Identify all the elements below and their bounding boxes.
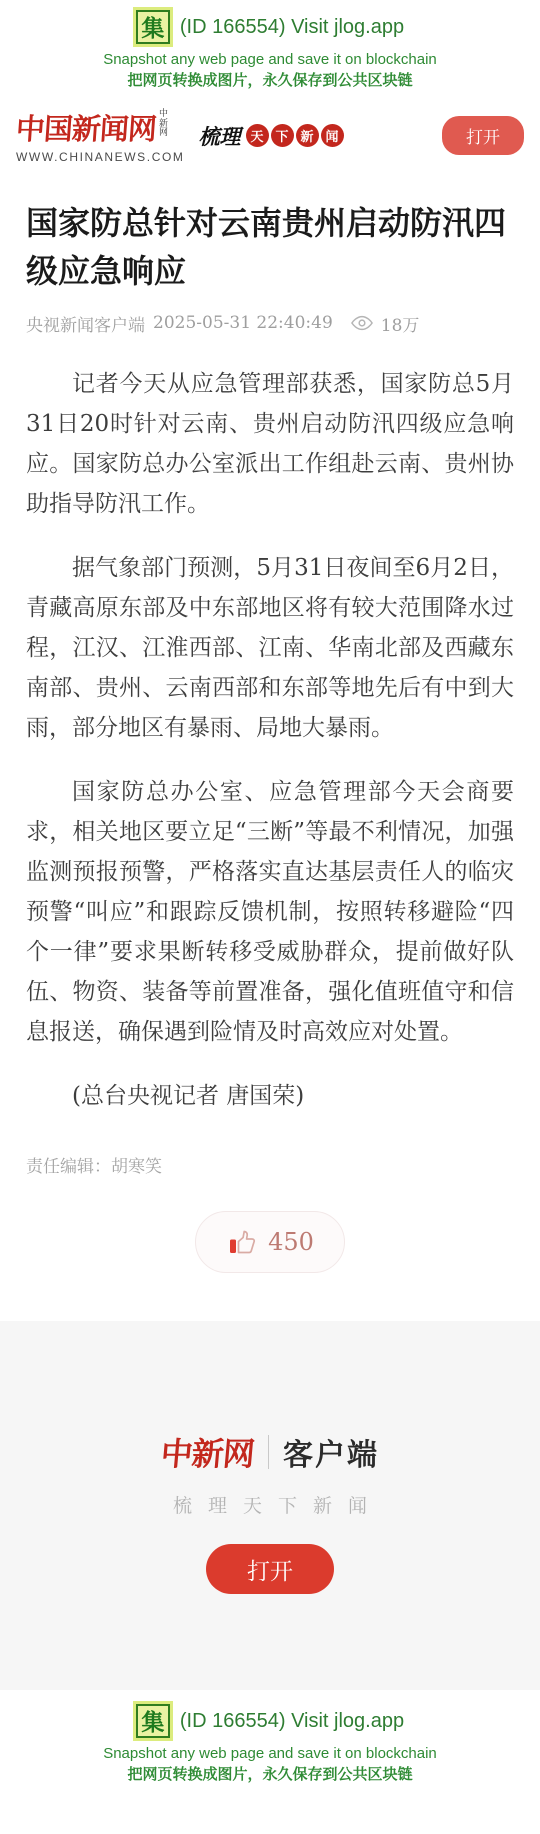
article-meta: 央视新闻客户端 2025-05-31 22:40:49 18万	[26, 311, 514, 336]
jlog-logo-icon: 集	[136, 1704, 170, 1738]
article-source: 央视新闻客户端	[26, 311, 145, 336]
jlog-logo-icon: 集	[136, 10, 170, 44]
jlog-tagline-en: Snapshot any web page and save it on blo…	[0, 50, 540, 70]
article-title: 国家防总针对云南贵州启动防汛四级应急响应	[26, 200, 514, 295]
slogan-seal: 闻	[321, 124, 344, 147]
app-promo-logo: 中新网 客户端	[0, 1429, 540, 1475]
article-paragraph: 记者今天从应急管理部获悉，国家防总5月31日20时针对云南、贵州启动防汛四级应急…	[26, 364, 514, 524]
chinanews-logo[interactable]: 中国新闻网 中 新 网 WWW.CHINANEWS.COM	[16, 107, 185, 164]
like-button[interactable]: 450	[195, 1211, 345, 1273]
views-eye-icon	[351, 315, 373, 331]
jlog-banner-top: 集 (ID 166554) Visit jlog.app Snapshot an…	[0, 0, 540, 99]
open-app-button-footer[interactable]: 打开	[206, 1544, 334, 1594]
jlog-tagline-en: Snapshot any web page and save it on blo…	[0, 1744, 540, 1764]
article-timestamp: 2025-05-31 22:40:49	[153, 313, 333, 333]
promo-logo-brand: 中新网	[159, 1429, 256, 1475]
article-byline: (总台央视记者 唐国荣)	[26, 1076, 514, 1116]
jlog-tagline-zh: 把网页转换成图片，永久保存到公共区块链	[0, 70, 540, 91]
chinanews-slogan-graphic: 梳理 天 下 新 闻	[199, 121, 344, 151]
chinanews-url: WWW.CHINANEWS.COM	[16, 150, 185, 164]
app-promo-section: 中新网 客户端 梳理天下新闻 打开	[0, 1321, 540, 1690]
chinanews-logo-side: 中 新 网	[159, 109, 168, 137]
jlog-banner-bottom: 集 (ID 166554) Visit jlog.app Snapshot an…	[0, 1690, 540, 1795]
like-count: 450	[268, 1228, 314, 1256]
promo-logo-divider	[268, 1435, 269, 1469]
editor-credit: 责任编辑：胡寒笑	[26, 1152, 514, 1177]
jlog-id-link[interactable]: (ID 166554) Visit jlog.app	[180, 16, 404, 39]
site-header: 中国新闻网 中 新 网 WWW.CHINANEWS.COM 梳理 天 下 新 闻…	[0, 99, 540, 174]
promo-slogan: 梳理天下新闻	[0, 1491, 540, 1518]
views-count: 18万	[381, 311, 420, 336]
article-paragraph: 国家防总办公室、应急管理部今天会商要求，相关地区要立足“三断”等最不利情况，加强…	[26, 772, 514, 1052]
article-paragraph: 据气象部门预测，5月31日夜间至6月2日，青藏高原东部及中东部地区将有较大范围降…	[26, 548, 514, 748]
open-app-button-header[interactable]: 打开	[442, 116, 524, 155]
jlog-id-link[interactable]: (ID 166554) Visit jlog.app	[180, 1710, 404, 1733]
slogan-seal: 新	[296, 124, 319, 147]
article: 国家防总针对云南贵州启动防汛四级应急响应 央视新闻客户端 2025-05-31 …	[0, 200, 540, 1273]
slogan-seal: 下	[271, 124, 294, 147]
chinanews-logo-text: 中国新闻网	[15, 107, 158, 148]
slogan-seal: 天	[246, 124, 269, 147]
promo-logo-client: 客户端	[283, 1430, 379, 1474]
jlog-tagline-zh: 把网页转换成图片，永久保存到公共区块链	[0, 1764, 540, 1785]
thumbs-up-icon	[226, 1226, 258, 1258]
